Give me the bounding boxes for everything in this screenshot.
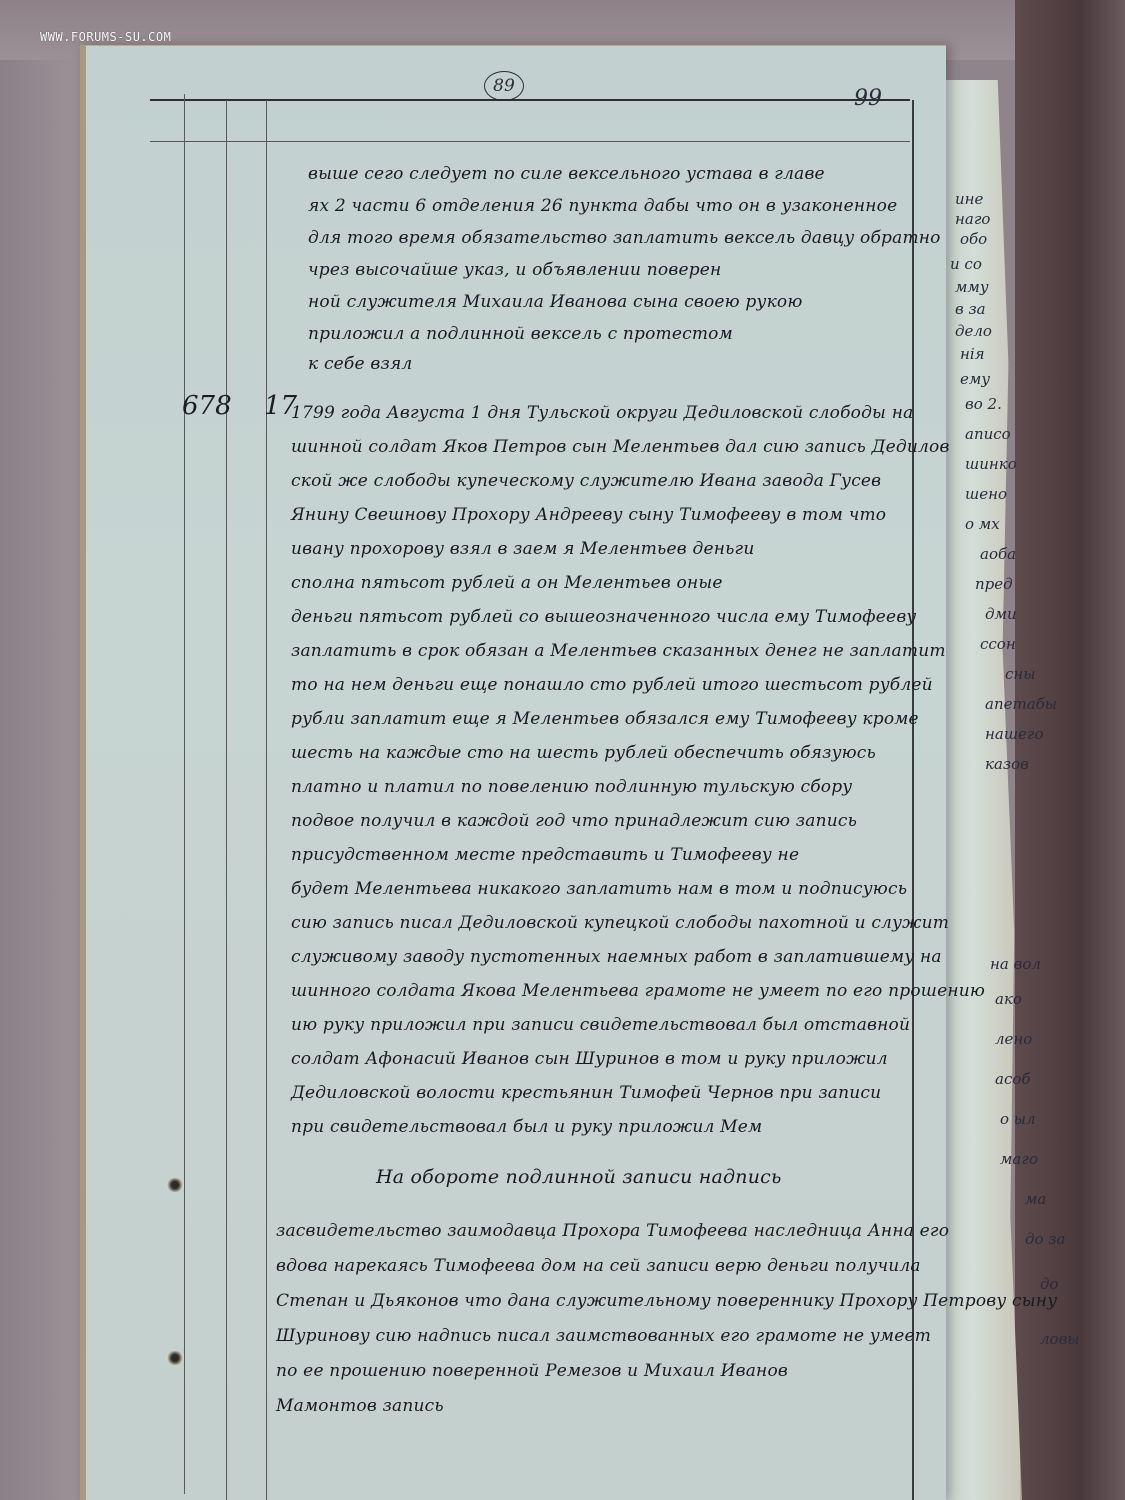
text-line: деньги пятьсот рублей со вышеозначенного… <box>291 607 916 627</box>
text-line: для того время обязательство заплатить в… <box>308 228 941 248</box>
text-line: Шуринову сию надпись писал заимствованны… <box>276 1326 931 1346</box>
text-line: по ее прошению поверенной Ремезов и Миха… <box>276 1361 788 1381</box>
column-rule-2 <box>226 100 227 1500</box>
text-line: Янину Свешнову Прохору Андрееву сыну Тим… <box>291 505 886 525</box>
backdrop-right <box>1015 0 1125 1500</box>
text-line: ной служителя Михаила Иванова сына своею… <box>308 292 803 312</box>
text-line: подвое получил в каждой год что принадле… <box>291 811 857 831</box>
text-line: служивому заводу пустотенных наемных раб… <box>291 947 942 967</box>
text-line: присудственном месте представить и Тимоф… <box>291 845 799 865</box>
fragment: аписо <box>965 425 1011 443</box>
fragment: сны <box>1005 665 1036 683</box>
text-line: сию запись писал Дедиловской купецкой сл… <box>291 913 949 933</box>
fragment: шинко <box>965 455 1017 473</box>
header-rule-lower <box>150 141 910 142</box>
text-line: рубли заплатит еще я Мелентьев обязался … <box>291 709 919 729</box>
fragment: дело <box>955 322 992 340</box>
fragment: шено <box>965 485 1007 503</box>
folio-number-top-right: 99 <box>854 86 882 111</box>
fragment: ловы <box>1040 1330 1080 1348</box>
fragment: ма <box>1025 1190 1046 1208</box>
text-line: при свидетельствовал был и руку приложил… <box>291 1117 762 1137</box>
fragment: маго <box>1000 1150 1038 1168</box>
entry-number: 678 <box>182 391 232 421</box>
text-line: ию руку приложил при записи свидетельств… <box>291 1015 910 1035</box>
text-line: чрез высочайше указ, и объявлении повере… <box>308 260 721 280</box>
folio-number-circled: 89 <box>484 71 524 101</box>
binding-hole <box>166 1178 184 1192</box>
register-page: 89 99 678 17 выше сего следует по силе в… <box>80 45 946 1500</box>
text-line: шесть на каждые сто на шесть рублей обес… <box>291 743 876 763</box>
fragment: лено <box>995 1030 1032 1048</box>
fragment: в за <box>955 300 986 318</box>
fragment: нашего <box>985 725 1044 743</box>
text-line: Степан и Дьяконов что дана служительному… <box>276 1291 1057 1311</box>
text-line: будет Мелентьева никакого заплатить нам … <box>291 879 907 899</box>
fragment: нія <box>960 345 985 363</box>
column-rule-1 <box>184 94 185 1494</box>
text-line: 1799 года Августа 1 дня Тульской округи … <box>291 403 913 423</box>
fragment: до за <box>1025 1230 1065 1248</box>
text-line: ивану прохорову взял в заем я Мелентьев … <box>291 539 755 559</box>
fragment: асоб <box>995 1070 1031 1088</box>
text-line: заплатить в срок обязан а Мелентьев сказ… <box>291 641 946 661</box>
fragment: ему <box>960 370 990 388</box>
fragment: апетабы <box>985 695 1057 713</box>
fragment: во 2. <box>965 395 1002 413</box>
text-line: солдат Афонасий Иванов сын Шуринов в том… <box>291 1049 888 1069</box>
fragment: до <box>1040 1275 1059 1293</box>
text-line: вдова нарекаясь Тимофеева дом на сей зап… <box>276 1256 921 1276</box>
fragment: казов <box>985 755 1029 773</box>
header-rule <box>150 99 910 101</box>
text-line: ской же слободы купеческому служителю Ив… <box>291 471 881 491</box>
fragment: наго <box>955 210 990 228</box>
text-line: ях 2 части 6 отделения 26 пункта дабы чт… <box>308 196 897 216</box>
binding-hole <box>166 1351 184 1365</box>
column-rule-3 <box>266 100 267 1500</box>
text-line: приложил а подлинной вексель с протестом <box>308 324 733 344</box>
text-line: шинного солдата Якова Мелентьева грамоте… <box>291 981 985 1001</box>
fragment: пред <box>975 575 1013 593</box>
text-line: выше сего следует по силе вексельного ус… <box>308 164 825 184</box>
fragment: аоба <box>980 545 1016 563</box>
text-line: засвидетельство заимодавца Прохора Тимоф… <box>276 1221 949 1241</box>
fragment: мму <box>955 278 989 296</box>
fragment: о ыл <box>1000 1110 1036 1128</box>
fragment: обо <box>960 230 987 248</box>
fragment: и со <box>950 255 982 273</box>
fragment: дми <box>985 605 1017 623</box>
text-line: Дедиловской волости крестьянин Тимофей Ч… <box>291 1083 881 1103</box>
text-line: сполна пятьсот рублей а он Мелентьев оны… <box>291 573 723 593</box>
column-rule-right <box>912 100 914 1500</box>
text-line: Мамонтов запись <box>276 1396 444 1416</box>
fragment: о мх <box>965 515 1000 533</box>
fragment: ссон <box>980 635 1016 653</box>
text-line: шинной солдат Яков Петров сын Мелентьев … <box>291 437 950 457</box>
text-line: то на нем деньги еще понашло сто рублей … <box>291 675 933 695</box>
fragment: ине <box>955 190 983 208</box>
text-line: платно и платил по повелению подлинную т… <box>291 777 852 797</box>
watermark: WWW.FORUMS-SU.COM <box>40 30 171 44</box>
fragment: ако <box>995 990 1022 1008</box>
fragment: на вол <box>990 955 1041 973</box>
text-line: к себе взял <box>308 354 412 374</box>
reverse-note-heading: На обороте подлинной записи надпись <box>376 1166 782 1188</box>
